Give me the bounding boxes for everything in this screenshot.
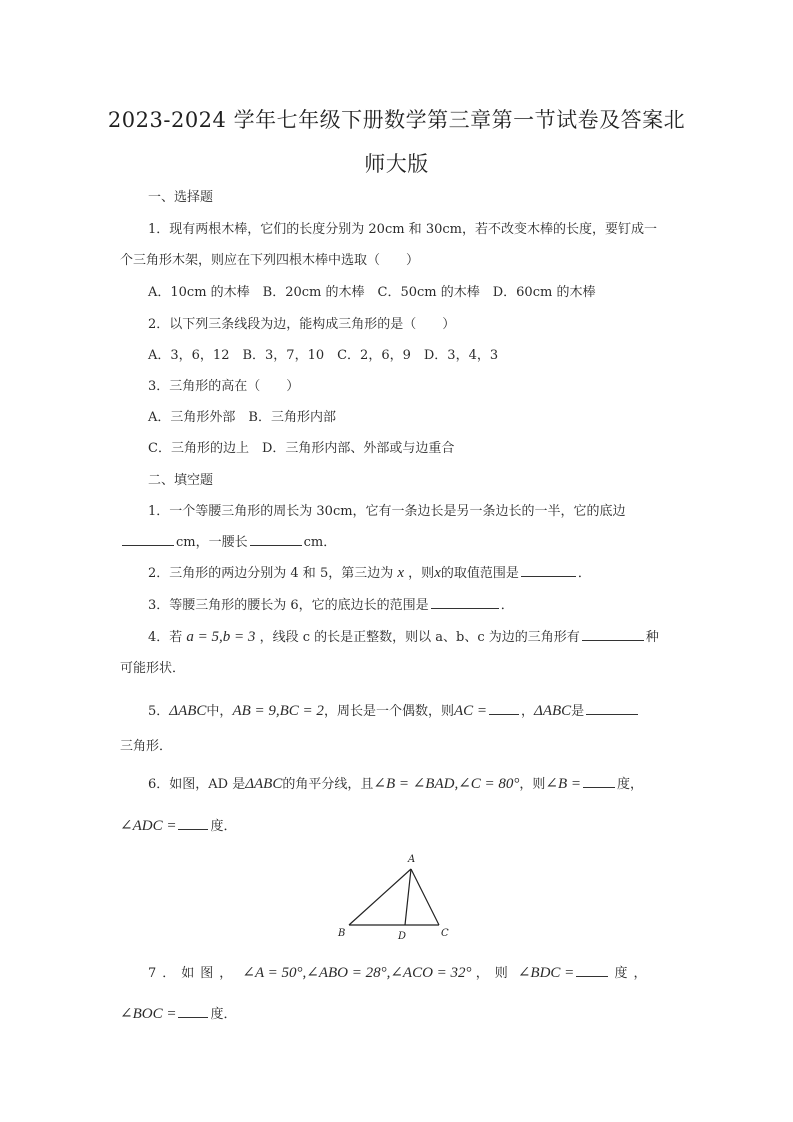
math-var: x [397, 565, 404, 581]
math-expression: ∠A = 50°,∠ABO = 28°,∠ACO = 32° [242, 965, 471, 981]
text: 2．三角形的两边分别为 4 和 5，第三边为 [148, 566, 393, 581]
math-expression: AB = 9,BC = 2 [232, 703, 324, 719]
triangle-figure: A B C D [335, 848, 460, 943]
fill-q2: 2．三角形的两边分别为 4 和 5，第三边为 x ，则x的取值范围是． [148, 562, 591, 582]
math-triangle: ΔABC [169, 703, 206, 719]
text: 中， [206, 704, 232, 719]
text: 是 [571, 704, 584, 719]
text: 5． [148, 704, 169, 719]
answer-blank[interactable] [489, 713, 519, 715]
document-title-line2: 师大版 [100, 148, 693, 178]
choice-q1-line1: 1．现有两根木棒，它们的长度分别为 20cm 和 30cm，若不改变木棒的长度，… [148, 218, 657, 237]
math-expression: ∠B = [545, 776, 581, 792]
choice-q2-options: A．3，6，12 B．3，7，10 C．2，6，9 D．3，4，3 [148, 344, 498, 363]
math-expression: AC = [454, 703, 487, 719]
math-triangle: ΔABC [534, 703, 571, 719]
text: ． [578, 566, 591, 581]
text: 3．等腰三角形的腰长为 6，它的底边长的范围是 [148, 598, 429, 613]
math-expression: ∠B = ∠BAD,∠C = 80° [373, 776, 519, 792]
math-triangle: ΔABC [245, 776, 282, 792]
fill-q1-line2: cm，一腰长cm． [120, 531, 336, 550]
answer-blank[interactable] [586, 713, 638, 715]
math-expression: ∠BOC = [120, 1006, 176, 1022]
answer-blank[interactable] [521, 575, 576, 577]
answer-blank[interactable] [178, 828, 208, 830]
text: 的角平分线，且 [282, 777, 373, 792]
vertex-label-c: C [441, 928, 449, 939]
answer-blank[interactable] [250, 544, 302, 546]
answer-blank[interactable] [431, 607, 499, 609]
fill-q5-line1: 5．ΔABC中，AB = 9,BC = 2，周长是一个偶数，则AC =，ΔABC… [148, 700, 640, 720]
text: 度． [210, 1007, 236, 1022]
text: 度． [210, 819, 236, 834]
text: 的取值范围是 [441, 566, 519, 581]
text: 4．若 [148, 630, 182, 645]
vertex-label-d: D [397, 931, 406, 942]
text: ，周长是一个偶数，则 [324, 704, 454, 719]
fill-q7-line2: ∠BOC =度． [120, 1003, 236, 1023]
text: ，则 [476, 966, 514, 981]
text: 7．如图， [148, 966, 238, 981]
section-heading-fill: 二、填空题 [148, 469, 213, 488]
fill-q1-line1: 1．一个等腰三角形的周长为 30cm，它有一条边长是另一条边长的一半，它的底边 [148, 500, 626, 519]
text: 6．如图，AD 是 [148, 777, 245, 792]
math-expression: ∠ADC = [120, 818, 176, 834]
text: ，则 [519, 777, 545, 792]
answer-blank[interactable] [583, 786, 615, 788]
text: cm，一腰长 [176, 535, 248, 550]
vertex-label-b: B [337, 928, 345, 939]
fill-q7-line1: 7．如图， ∠A = 50°,∠ABO = 28°,∠ACO = 32° ，则 … [148, 962, 652, 982]
choice-q3-options-line2: C．三角形的边上 D．三角形内部、外部或与边重合 [148, 437, 454, 456]
math-expression: ∠BDC = [518, 965, 574, 981]
text: ． [501, 598, 514, 613]
choice-q1-line2: 个三角形木架，则应在下列四根木棒中选取（ ） [120, 249, 419, 268]
answer-blank[interactable] [582, 639, 644, 641]
math-expression: a = 5,b = 3 [186, 629, 255, 645]
document-page: 2023-2024 学年七年级下册数学第三章第一节试卷及答案北 师大版 一、选择… [0, 0, 793, 1122]
text: ， [521, 704, 534, 719]
text: 度， [617, 777, 643, 792]
fill-q6-line2: ∠ADC =度． [120, 815, 236, 835]
choice-q3-options-line1: A．三角形外部 B．三角形内部 [148, 406, 336, 425]
text: ，线段 c 的长是正整数，则以 a、b、c 为边的三角形有 [260, 630, 580, 645]
choice-q1-options: A．10cm 的木棒 B．20cm 的木棒 C．50cm 的木棒 D．60cm … [148, 281, 595, 300]
section-heading-choice: 一、选择题 [148, 186, 213, 205]
choice-q3-stem: 3．三角形的高在（ ） [148, 375, 299, 394]
triangle-abc-diagram: A B C D [335, 848, 460, 943]
text: ，则 [408, 566, 434, 581]
fill-q5-line2: 三角形． [120, 735, 172, 754]
text: cm． [304, 535, 337, 550]
fill-q4-line2: 可能形状． [120, 657, 185, 676]
document-title-line1: 2023-2024 学年七年级下册数学第三章第一节试卷及答案北 [100, 104, 693, 134]
math-var: x [434, 565, 441, 581]
fill-q3: 3．等腰三角形的腰长为 6，它的底边长的范围是． [148, 594, 514, 613]
text: 种 [646, 630, 659, 645]
answer-blank[interactable] [122, 544, 174, 546]
vertex-label-a: A [407, 854, 415, 865]
fill-q4-line1: 4．若 a = 5,b = 3 ，线段 c 的长是正整数，则以 a、b、c 为边… [148, 626, 659, 646]
fill-q6-line1: 6．如图，AD 是ΔABC的角平分线，且∠B = ∠BAD,∠C = 80°，则… [148, 773, 643, 793]
text: 度， [614, 966, 652, 981]
choice-q2-stem: 2．以下列三条线段为边，能构成三角形的是（ ） [148, 313, 455, 332]
answer-blank[interactable] [178, 1016, 208, 1018]
answer-blank[interactable] [576, 975, 608, 977]
